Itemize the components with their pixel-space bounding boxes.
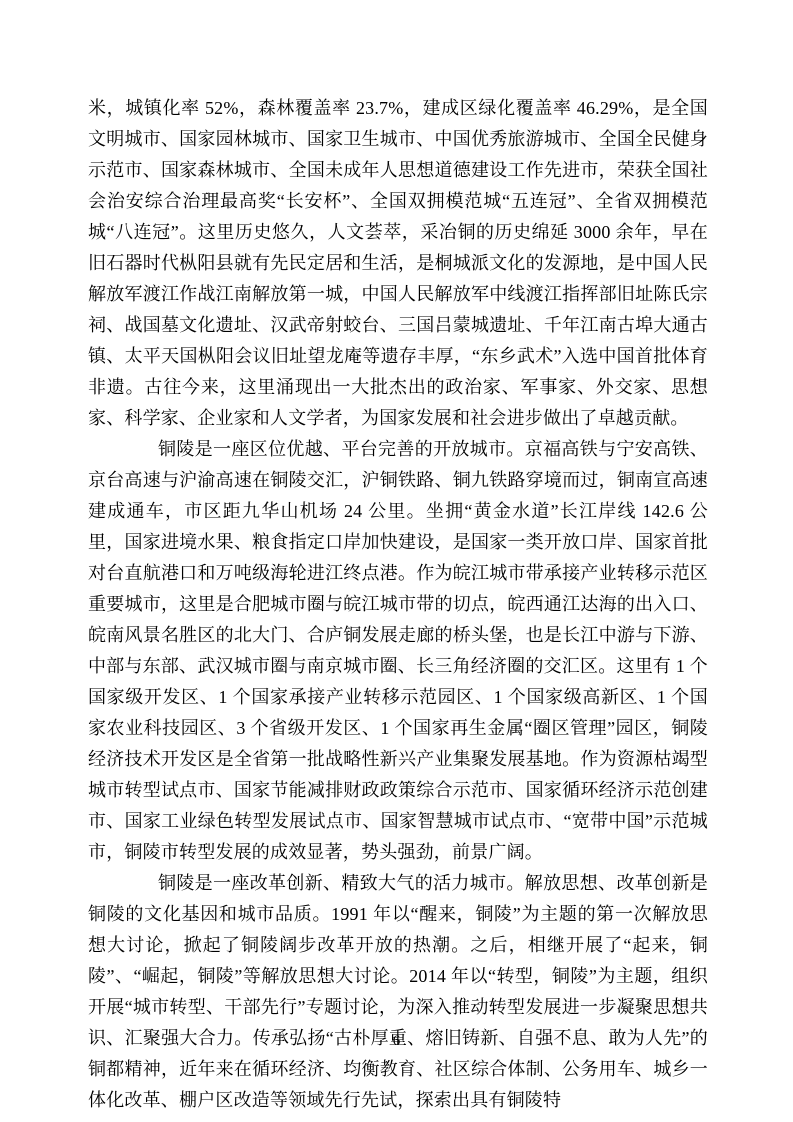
document-page: 米，城镇化率 52%，森林覆盖率 23.7%，建成区绿化覆盖率 46.29%，是… [0,0,793,1122]
document-body-text: 米，城镇化率 52%，森林覆盖率 23.7%，建成区绿化覆盖率 46.29%，是… [88,93,708,1116]
paragraph: 铜陵是一座区位优越、平台完善的开放城市。京福高铁与宁安高铁、京台高速与沪渝高速在… [88,434,708,868]
page-number: 6 [0,1031,793,1051]
paragraph: 米，城镇化率 52%，森林覆盖率 23.7%，建成区绿化覆盖率 46.29%，是… [88,93,708,434]
paragraph: 铜陵是一座改革创新、精致大气的活力城市。解放思想、改革创新是铜陵的文化基因和城市… [88,868,708,1116]
